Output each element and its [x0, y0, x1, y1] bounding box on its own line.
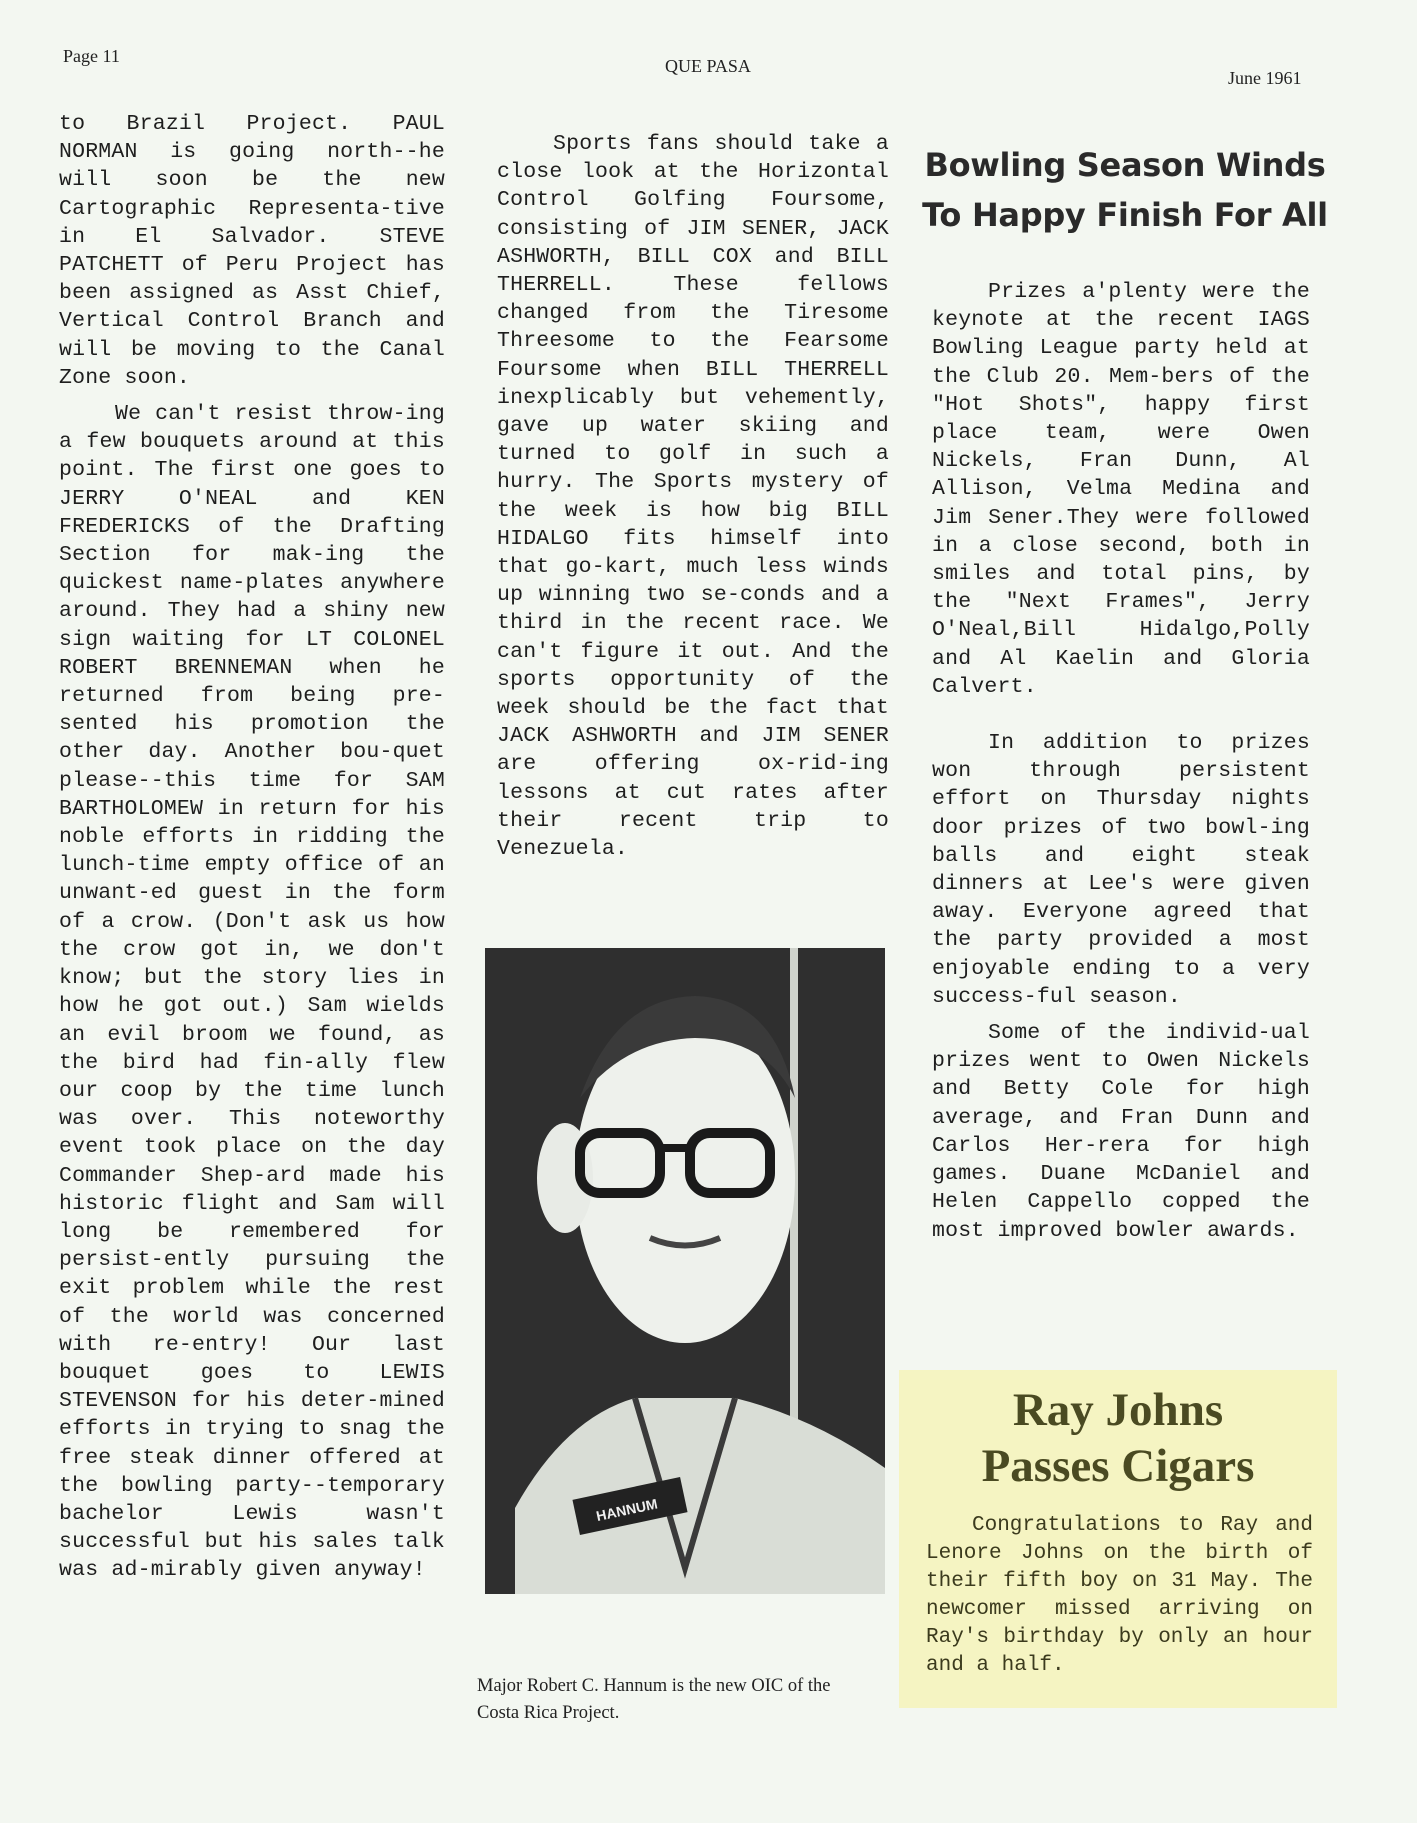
publication-title: QUE PASA: [665, 56, 751, 77]
ray-johns-box: Ray Johns Passes Cigars Congratulations …: [899, 1370, 1337, 1708]
portrait-image: HANNUM: [485, 948, 885, 1594]
page-number: Page 11: [63, 46, 120, 67]
column-2-sports-article: Sports fans should take a close look at …: [497, 130, 889, 863]
article-paragraph: to Brazil Project. PAUL NORMAN is going …: [59, 110, 445, 392]
box-paragraph: Congratulations to Ray and Lenore Johns …: [926, 1512, 1313, 1680]
box-headline-line-1: Ray Johns: [899, 1382, 1337, 1438]
article-paragraph: Prizes a'plenty were the keynote at the …: [932, 278, 1310, 701]
portrait-photo: HANNUM: [485, 948, 885, 1594]
box-body: Congratulations to Ray and Lenore Johns …: [899, 1494, 1337, 1680]
column-3-bowling-article: Prizes a'plenty were the keynote at the …: [932, 278, 1310, 1245]
article-paragraph: We can't resist throw-ing a few bouquets…: [59, 400, 445, 1585]
photo-caption: Major Robert C. Hannum is the new OIC of…: [477, 1673, 877, 1727]
article-paragraph: Some of the individ-ual prizes went to O…: [932, 1019, 1310, 1245]
article-paragraph: In addition to prizes won through persis…: [932, 729, 1310, 1011]
bowling-headline: Bowling Season Winds To Happy Finish For…: [913, 140, 1337, 240]
column-1-article: to Brazil Project. PAUL NORMAN is going …: [59, 110, 445, 1585]
issue-date: June 1961: [1228, 68, 1302, 89]
box-headline-line-2: Passes Cigars: [899, 1438, 1337, 1494]
article-paragraph: Sports fans should take a close look at …: [497, 130, 889, 863]
box-headline: Ray Johns Passes Cigars: [899, 1382, 1337, 1494]
